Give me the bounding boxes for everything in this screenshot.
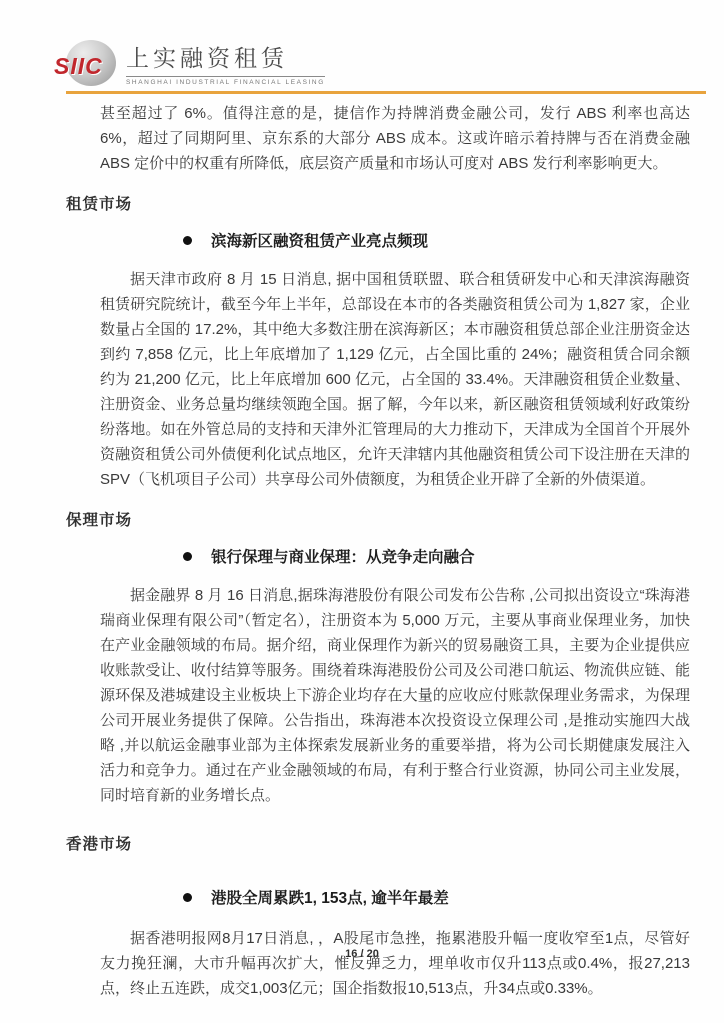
document-content: 甚至超过了 6%。值得注意的是，捷信作为持牌消费金融公司，发行 ABS 利率也高… bbox=[66, 101, 692, 1001]
intro-paragraph: 甚至超过了 6%。值得注意的是，捷信作为持牌消费金融公司，发行 ABS 利率也高… bbox=[100, 101, 690, 176]
section-body: 据金融界 8 月 16 日消息,据珠海港股份有限公司发布公告称 ,公司拟出资设立… bbox=[100, 583, 690, 808]
headline-text: 滨海新区融资租赁产业亮点频现 bbox=[211, 229, 428, 251]
logo-names: 上实融资租赁 SHANGHAI INDUSTRIAL FINANCIAL LEA… bbox=[126, 40, 325, 86]
header-rule bbox=[66, 91, 706, 94]
section-leasing-market: 租赁市场 滨海新区融资租赁产业亮点频现 据天津市政府 8 月 15 日消息, 据… bbox=[66, 192, 692, 492]
section-factoring-market: 保理市场 银行保理与商业保理：从竞争走向融合 据金融界 8 月 16 日消息,据… bbox=[66, 508, 692, 808]
company-logo: SIIC 上实融资租赁 SHANGHAI INDUSTRIAL FINANCIA… bbox=[66, 40, 325, 86]
bullet-icon bbox=[183, 893, 192, 902]
siic-globe-icon: SIIC bbox=[66, 40, 116, 86]
siic-logo-text: SIIC bbox=[54, 53, 103, 80]
headline-text: 银行保理与商业保理：从竞争走向融合 bbox=[211, 545, 475, 567]
bullet-headline: 港股全周累跌1, 153点, 逾半年最差 bbox=[183, 886, 692, 908]
headline-text: 港股全周累跌1, 153点, 逾半年最差 bbox=[211, 886, 449, 908]
page-number: 16 / 20 bbox=[0, 948, 724, 960]
document-page: SIIC 上实融资租赁 SHANGHAI INDUSTRIAL FINANCIA… bbox=[0, 0, 724, 1023]
bullet-icon bbox=[183, 552, 192, 561]
section-heading: 香港市场 bbox=[66, 832, 692, 854]
bullet-headline: 银行保理与商业保理：从竞争走向融合 bbox=[183, 545, 692, 567]
bullet-icon bbox=[183, 236, 192, 245]
section-body: 据香港明报网8月17日消息, ，A股尾市急挫，拖累港股升幅一度收窄至1点，尽管好… bbox=[100, 926, 690, 1001]
section-hongkong-market: 香港市场 港股全周累跌1, 153点, 逾半年最差 据香港明报网8月17日消息,… bbox=[66, 832, 692, 1001]
logo-name-en: SHANGHAI INDUSTRIAL FINANCIAL LEASING bbox=[126, 79, 325, 86]
bullet-headline: 滨海新区融资租赁产业亮点频现 bbox=[183, 229, 692, 251]
section-body: 据天津市政府 8 月 15 日消息, 据中国租赁联盟、联合租赁研发中心和天津滨海… bbox=[100, 267, 690, 492]
logo-name-cn: 上实融资租赁 bbox=[126, 40, 325, 77]
section-heading: 租赁市场 bbox=[66, 192, 692, 214]
section-heading: 保理市场 bbox=[66, 508, 692, 530]
